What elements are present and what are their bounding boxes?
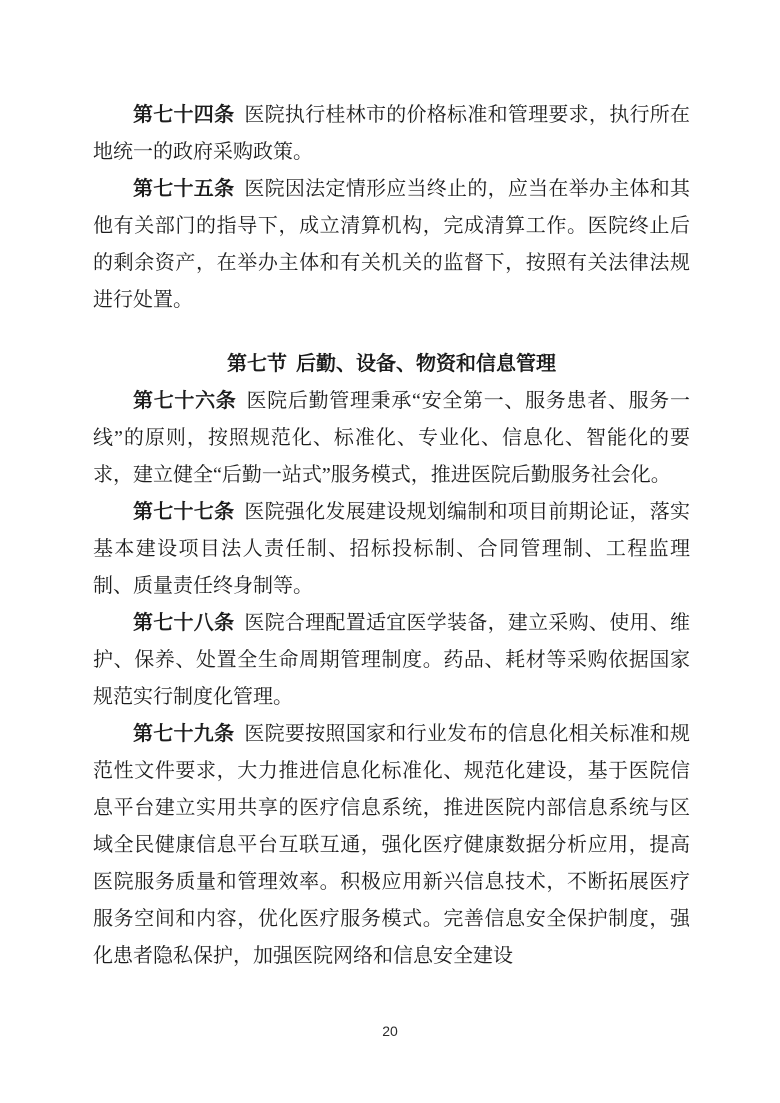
article-74-number: 第七十四条 bbox=[133, 104, 234, 126]
section-heading-title: 后勤、设备、物资和信息管理 bbox=[296, 353, 556, 375]
page-number: 20 bbox=[0, 1022, 780, 1040]
article-79-text: 医院要按照国家和行业发布的信息化相关标准和规范性文件要求，大力推进信息化标准化、… bbox=[93, 723, 690, 967]
article-76-number: 第七十六条 bbox=[133, 390, 236, 412]
article-79-number: 第七十九条 bbox=[133, 723, 234, 745]
article-76: 第七十六条医院后勤管理秉承“安全第一、服务患者、服务一线”的原则，按照规范化、标… bbox=[93, 383, 690, 494]
document-body: 第七十四条医院执行桂林市的价格标准和管理要求，执行所在地统一的政府采购政策。 第… bbox=[93, 97, 690, 975]
article-77: 第七十七条医院强化发展建设规划编制和项目前期论证，落实基本建设项目法人责任制、招… bbox=[93, 494, 690, 605]
article-79: 第七十九条医院要按照国家和行业发布的信息化相关标准和规范性文件要求，大力推进信息… bbox=[93, 716, 690, 975]
article-77-number: 第七十七条 bbox=[133, 501, 234, 523]
article-78: 第七十八条医院合理配置适宜医学装备，建立采购、使用、维护、保养、处置全生命周期管… bbox=[93, 605, 690, 716]
section-heading-number: 第七节 bbox=[227, 353, 287, 375]
document-page: 第七十四条医院执行桂林市的价格标准和管理要求，执行所在地统一的政府采购政策。 第… bbox=[0, 0, 780, 1103]
article-74: 第七十四条医院执行桂林市的价格标准和管理要求，执行所在地统一的政府采购政策。 bbox=[93, 97, 690, 171]
article-75: 第七十五条医院因法定情形应当终止的，应当在举办主体和其他有关部门的指导下，成立清… bbox=[93, 171, 690, 319]
article-78-number: 第七十八条 bbox=[133, 612, 234, 634]
section-heading: 第七节后勤、设备、物资和信息管理 bbox=[93, 346, 690, 383]
article-75-number: 第七十五条 bbox=[133, 178, 234, 200]
